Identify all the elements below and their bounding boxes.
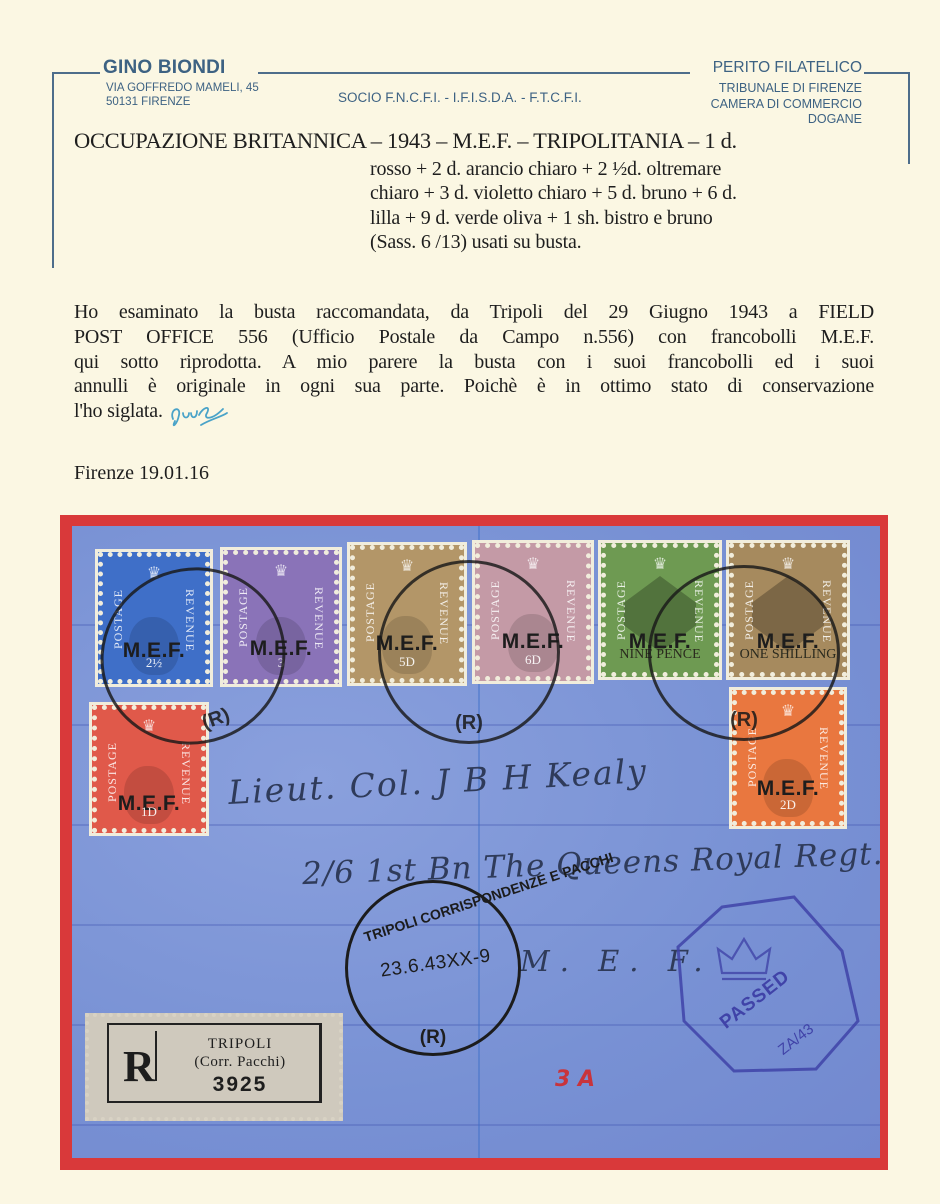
postmark-registered-mark: (R) bbox=[348, 1027, 518, 1049]
stamp-value-label: 2D bbox=[741, 797, 835, 813]
registration-label-border: R TRIPOLI (Corr. Pacchi) 3925 bbox=[107, 1023, 322, 1103]
registration-city: TRIPOLI bbox=[165, 1036, 315, 1053]
place-date: Firenze 19.01.16 bbox=[74, 462, 209, 485]
body-line: Ho esaminato la busta raccomandata, da T… bbox=[74, 300, 874, 325]
body-line-text: l'ho siglata. bbox=[74, 400, 163, 422]
address-line-1: VIA GOFFREDO MAMELI, 45 bbox=[106, 82, 259, 94]
tripoli-postmark: TRIPOLI CORRISPONDENZE E PACCHI 23.6.43X… bbox=[345, 880, 521, 1056]
cancel-mark: (R) bbox=[648, 565, 840, 741]
affiliation-2: CAMERA DI COMMERCIO bbox=[711, 97, 862, 111]
description-line: chiaro + 3 d. violetto chiaro + 5 d. bru… bbox=[370, 181, 880, 205]
crown-icon: ♛ bbox=[781, 554, 795, 574]
registration-letter: R bbox=[123, 1041, 155, 1092]
affiliation-3: DOGANE bbox=[808, 112, 862, 126]
certificate-description: rosso + 2 d. arancio chiaro + 2 ½d. oltr… bbox=[370, 157, 880, 254]
registration-divider bbox=[155, 1031, 157, 1081]
expert-title: PERITO FILATELICO bbox=[713, 59, 862, 77]
description-line: lilla + 9 d. verde oliva + 1 sh. bistro … bbox=[370, 206, 880, 230]
crown-icon: ♛ bbox=[653, 554, 667, 574]
letterhead-rule-left-horizontal bbox=[52, 72, 100, 74]
crown-icon: ♛ bbox=[526, 554, 540, 574]
certificate-body: Ho esaminato la busta raccomandata, da T… bbox=[74, 300, 874, 431]
body-line: annulli è originale in ogni sua parte. P… bbox=[74, 374, 874, 399]
address-line-2: 50131 FIRENZE bbox=[106, 96, 190, 108]
censor-passed-mark: PASSED ZA/43 bbox=[676, 893, 864, 1073]
description-line: rosso + 2 d. arancio chiaro + 2 ½d. oltr… bbox=[370, 157, 880, 181]
stamp-value-label: 1D bbox=[101, 804, 197, 820]
letterhead-rule-left-vertical bbox=[52, 72, 54, 268]
memberships: SOCIO F.N.C.F.I. - I.F.I.S.D.A. - F.T.C.… bbox=[338, 90, 582, 105]
letterhead-rule-right-horizontal bbox=[864, 72, 910, 74]
body-line: POST OFFICE 556 (Ufficio Postale da Camp… bbox=[74, 325, 874, 350]
signature-icon bbox=[167, 399, 237, 431]
crown-icon: ♛ bbox=[274, 561, 288, 581]
registration-label: R TRIPOLI (Corr. Pacchi) 3925 bbox=[85, 1013, 343, 1121]
registration-office: (Corr. Pacchi) bbox=[165, 1054, 315, 1071]
description-line: (Sass. 6 /13) usati su busta. bbox=[370, 230, 880, 254]
letterhead-rule-right-vertical bbox=[908, 72, 910, 164]
affiliation-1: TRIBUNALE DI FIRENZE bbox=[719, 81, 862, 95]
certificate-heading: OCCUPAZIONE BRITANNICA – 1943 – M.E.F. –… bbox=[74, 128, 737, 154]
postmark-date: 23.6.43XX-9 bbox=[379, 945, 492, 982]
cancel-mark: (R) bbox=[378, 560, 560, 744]
pencil-note: 3 A bbox=[555, 1067, 595, 1092]
body-line: qui sotto riprodotta. A mio parere la bu… bbox=[74, 350, 874, 375]
crown-icon: ♛ bbox=[400, 556, 414, 576]
body-line: l'ho siglata. bbox=[74, 399, 874, 431]
expert-name: GINO BIONDI bbox=[103, 57, 226, 79]
registration-number: 3925 bbox=[165, 1073, 315, 1097]
letterhead-rule-center bbox=[258, 72, 690, 74]
